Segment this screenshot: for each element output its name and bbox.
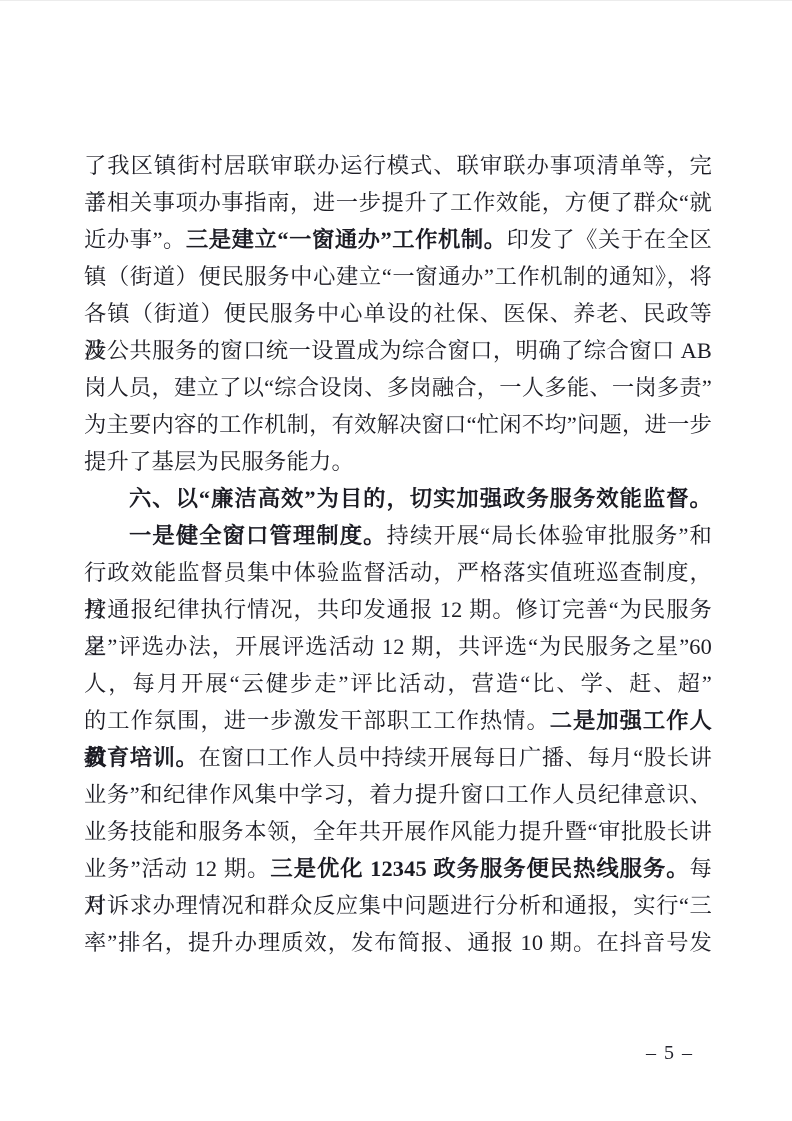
text-segment: 业务”活动 12 期。 — [84, 856, 270, 881]
text-segment: 为主要内容的工作机制，有效解决窗口“忙闲不均”问题，进一步 — [84, 412, 712, 437]
text-line: 的工作氛围，进一步激发干部职工工作热情。二是加强工作人员 — [84, 702, 712, 739]
text-line: 提升了基层为民服务能力。 — [84, 443, 712, 480]
text-line: 了相关事项办事指南，进一步提升了工作效能，方便了群众“就 — [84, 184, 712, 221]
text-segment: 星”评选办法，开展评选活动 12 期，共评选“为民服务之星”60 — [84, 634, 712, 659]
text-line: 及公共服务的窗口统一设置成为综合窗口，明确了综合窗口 AB — [84, 332, 712, 369]
text-segment: 在窗口工作人员中持续开展每日广播、每月“股长讲 — [198, 745, 712, 770]
text-segment: 了相关事项办事指南，进一步提升了工作效能，方便了群众“就 — [84, 190, 712, 215]
bold-text-segment: 三是建立“一窗通办”工作机制。 — [186, 227, 507, 252]
text-line: 一是健全窗口管理制度。持续开展“局长体验审批服务”和 — [84, 517, 712, 554]
text-segment: 率”排名，提升办理质效，发布简报、通报 10 期。在抖音号发 — [84, 930, 712, 955]
text-line: 业务”活动 12 期。三是优化 12345 政务服务便民热线服务。每月 — [84, 850, 712, 887]
bold-text-segment: 三是优化 12345 政务服务便民热线服务。 — [270, 856, 689, 881]
text-line: 业务”和纪律作风集中学习，着力提升窗口工作人员纪律意识、 — [84, 776, 712, 813]
text-line: 镇（街道）便民服务中心建立“一窗通办”工作机制的通知》，将 — [84, 258, 712, 295]
text-segment: 近办事”。 — [84, 227, 186, 252]
text-segment: 持续开展“局长体验审批服务”和 — [387, 523, 712, 548]
text-segment: 对诉求办理情况和群众反应集中问题进行分析和通报，实行“三 — [84, 893, 712, 918]
text-segment: 业务”和纪律作风集中学习，着力提升窗口工作人员纪律意识、 — [84, 782, 712, 807]
text-line: 率”排名，提升办理质效，发布简报、通报 10 期。在抖音号发 — [84, 924, 712, 961]
text-line: 六、以“廉洁高效”为目的，切实加强政务服务效能监督。 — [84, 480, 712, 517]
page-number: – 5 – — [646, 1041, 694, 1065]
bold-text-segment: 教育培训。 — [84, 745, 198, 770]
text-line: 各镇（街道）便民服务中心单设的社保、医保、养老、民政等涉 — [84, 295, 712, 332]
bold-text-segment: 一是健全窗口管理制度。 — [129, 523, 387, 548]
text-segment: 人，每月开展“云健步走”评比活动，营造“比、学、赶、超” — [84, 671, 712, 696]
text-line: 教育培训。在窗口工作人员中持续开展每日广播、每月“股长讲 — [84, 739, 712, 776]
text-line: 为主要内容的工作机制，有效解决窗口“忙闲不均”问题，进一步 — [84, 406, 712, 443]
text-segment: 印发了《关于在全区 — [507, 227, 712, 252]
text-segment: 镇（街道）便民服务中心建立“一窗通办”工作机制的通知》，将 — [84, 264, 712, 289]
text-line: 人，每月开展“云健步走”评比活动，营造“比、学、赶、超” — [84, 665, 712, 702]
text-line: 了我区镇街村居联审联办运行模式、联审联办事项清单等，完善 — [84, 147, 712, 184]
text-line: 岗人员，建立了以“综合设岗、多岗融合，一人多能、一岗多责” — [84, 369, 712, 406]
text-line: 近办事”。三是建立“一窗通办”工作机制。印发了《关于在全区 — [84, 221, 712, 258]
text-line: 业务技能和服务本领，全年共开展作风能力提升暨“审批股长讲 — [84, 813, 712, 850]
text-line: 星”评选办法，开展评选活动 12 期，共评选“为民服务之星”60 — [84, 628, 712, 665]
text-segment: 及公共服务的窗口统一设置成为综合窗口，明确了综合窗口 AB — [84, 338, 712, 363]
text-segment: 岗人员，建立了以“综合设岗、多岗融合，一人多能、一岗多责” — [84, 375, 712, 400]
text-line: 月通报纪律执行情况，共印发通报 12 期。修订完善“为民服务之 — [84, 591, 712, 628]
bold-text-segment: 六、以“廉洁高效”为目的，切实加强政务服务效能监督。 — [129, 486, 712, 511]
text-segment: 提升了基层为民服务能力。 — [84, 449, 354, 474]
text-line: 行政效能监督员集中体验监督活动，严格落实值班巡查制度，按 — [84, 554, 712, 591]
text-segment: 业务技能和服务本领，全年共开展作风能力提升暨“审批股长讲 — [84, 819, 712, 844]
text-line: 对诉求办理情况和群众反应集中问题进行分析和通报，实行“三 — [84, 887, 712, 924]
text-segment: 的工作氛围，进一步激发干部职工工作热情。 — [84, 708, 550, 733]
document-page: 了我区镇街村居联审联办运行模式、联审联办事项清单等，完善了相关事项办事指南，进一… — [0, 0, 792, 1121]
document-body: 了我区镇街村居联审联办运行模式、联审联办事项清单等，完善了相关事项办事指南，进一… — [84, 147, 712, 961]
